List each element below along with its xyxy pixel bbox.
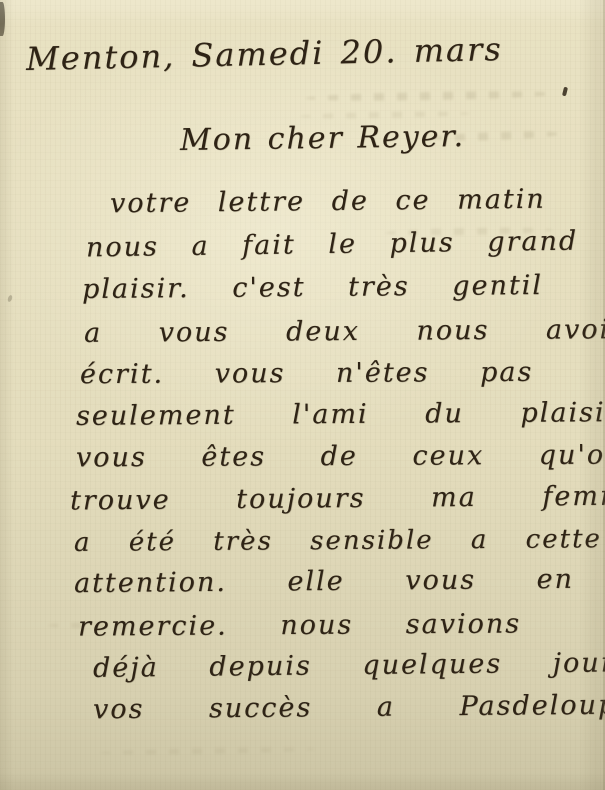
body-line: nous a fait le plus grand bbox=[86, 228, 579, 262]
body-line: a été très sensible a cette bbox=[74, 526, 602, 556]
body-line: remercie. nous savions bbox=[78, 610, 521, 640]
body-line: vous êtes de ceux qu'on bbox=[76, 442, 605, 472]
show-through-mark bbox=[100, 746, 315, 756]
body-line: seulement l'ami du plaisir bbox=[76, 399, 605, 430]
scan-edge-artifact bbox=[0, 2, 5, 36]
body-line: votre lettre de ce matin bbox=[110, 186, 546, 218]
body-line: attention. elle vous en bbox=[74, 566, 574, 597]
ink-speck bbox=[562, 87, 568, 97]
body-line: vos succès a Pasdeloup bbox=[93, 692, 605, 724]
dateline: Menton, Samedi 20. mars bbox=[26, 33, 503, 75]
show-through-mark bbox=[300, 111, 470, 120]
ink-speck bbox=[7, 295, 13, 303]
salutation: Mon cher Reyer. bbox=[180, 122, 465, 156]
body-line: écrit. vous n'êtes pas bbox=[80, 359, 533, 388]
show-through-mark bbox=[305, 90, 557, 102]
body-line: déjà depuis quelques jours bbox=[93, 649, 605, 682]
body-line: a vous deux nous avoir bbox=[84, 316, 605, 347]
body-line: trouve toujours ma femme bbox=[70, 482, 605, 514]
body-line: plaisir. c'est très gentil bbox=[82, 272, 543, 303]
letter-page: Menton, Samedi 20. mars Mon cher Reyer. … bbox=[0, 0, 605, 790]
